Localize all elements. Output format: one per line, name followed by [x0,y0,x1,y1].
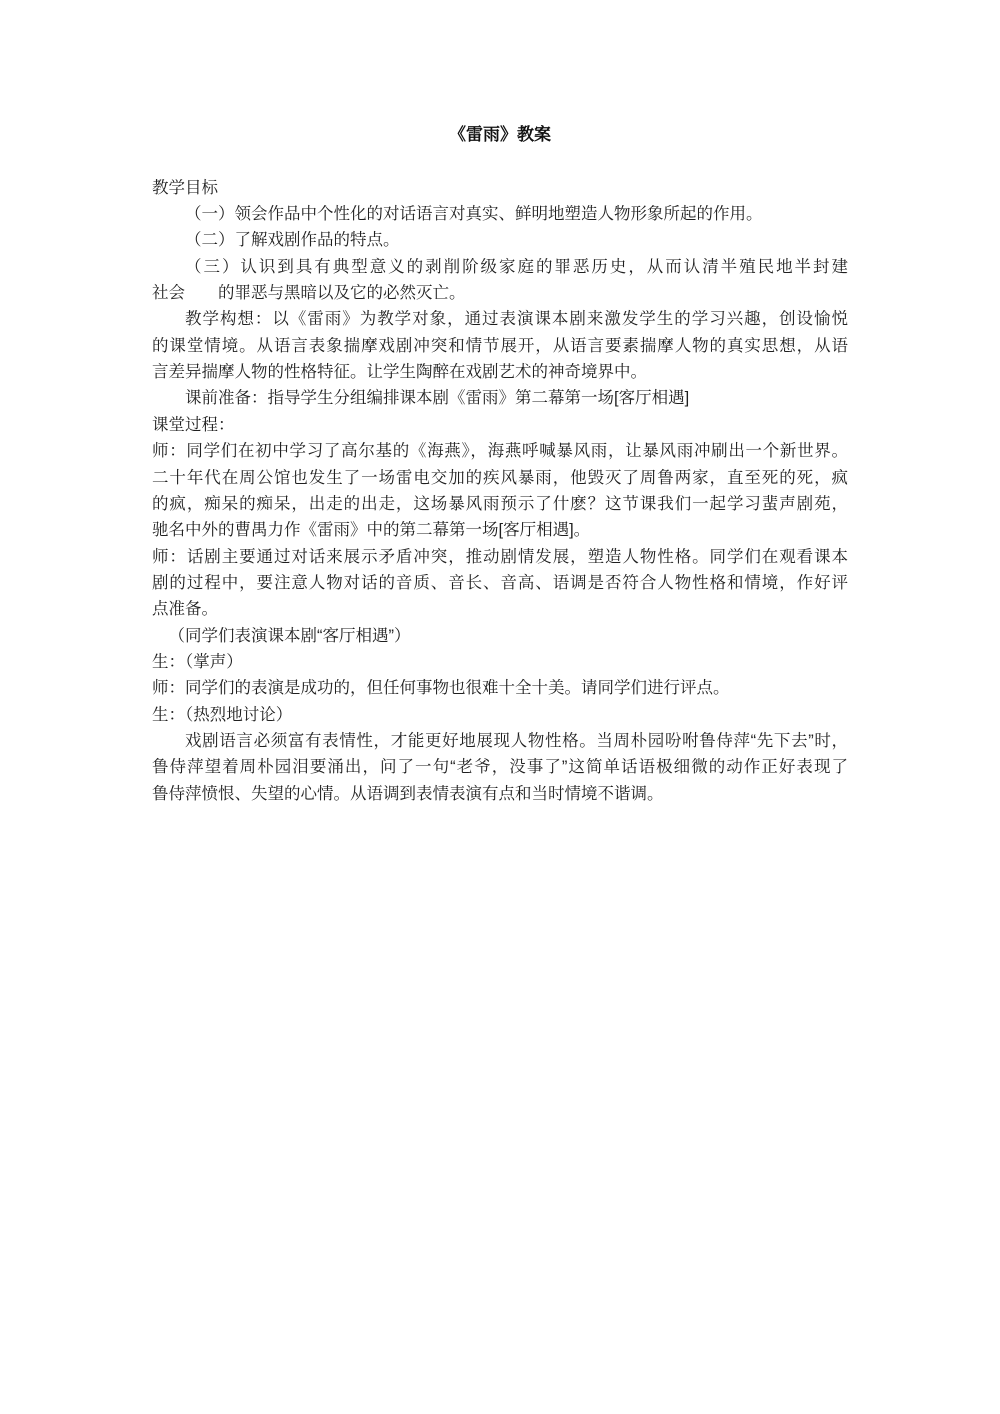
text-line: 的课堂情境。从语言表象揣摩戏剧冲突和情节展开，从语言要素揣摩人物的真实思想，从语 [152,333,848,359]
text-line: 驰名中外的曹禺力作《雷雨》中的第二幕第一场[客厅相遇]。 [152,517,848,543]
text-line: 剧的过程中，要注意人物对话的音质、音长、音高、语调是否符合人物性格和情境，作好评 [152,570,848,596]
text-line: 点准备。 [152,596,848,622]
text-line: 教学目标 [152,175,848,201]
text-line: 鲁侍萍望着周朴园泪要涌出，问了一句“老爷，没事了”这简单话语极细微的动作正好表现… [152,754,848,780]
text-line: 二十年代在周公馆也发生了一场雷电交加的疾风暴雨，他毁灭了周鲁两家，直至死的死，疯 [152,465,848,491]
text-line: （同学们表演课本剧“客厅相遇”） [152,623,848,649]
text-line: （二）了解戏剧作品的特点。 [152,227,848,253]
text-line: 教学构想：以《雷雨》为教学对象，通过表演课本剧来激发学生的学习兴趣，创设愉悦 [152,306,848,332]
text-line: 的疯，痴呆的痴呆，出走的出走，这场暴风雨预示了什麽？这节课我们一起学习蜚声剧苑， [152,491,848,517]
document-body: 教学目标（一）领会作品中个性化的对话语言对真实、鲜明地塑造人物形象所起的作用。（… [152,175,848,807]
text-line: 言差异揣摩人物的性格特征。让学生陶醉在戏剧艺术的神奇境界中。 [152,359,848,385]
document-page: 《雷雨》教案 教学目标（一）领会作品中个性化的对话语言对真实、鲜明地塑造人物形象… [0,0,1000,1414]
text-line: 鲁侍萍愤恨、失望的心情。从语调到表情表演有点和当时情境不谐调。 [152,781,848,807]
text-line: 戏剧语言必须富有表情性，才能更好地展现人物性格。当周朴园吩咐鲁侍萍“先下去”时， [152,728,848,754]
text-line: 课前准备：指导学生分组编排课本剧《雷雨》第二幕第一场[客厅相遇] [152,385,848,411]
text-line: 师：同学们在初中学习了高尔基的《海燕》，海燕呼喊暴风雨，让暴风雨冲刷出一个新世界… [152,438,848,464]
document-title: 《雷雨》教案 [152,122,848,148]
text-line: 师：同学们的表演是成功的，但任何事物也很难十全十美。请同学们进行评点。 [152,675,848,701]
text-line: 课堂过程： [152,412,848,438]
document-content: 《雷雨》教案 教学目标（一）领会作品中个性化的对话语言对真实、鲜明地塑造人物形象… [152,122,848,807]
text-line: 师：话剧主要通过对话来展示矛盾冲突，推动剧情发展，塑造人物性格。同学们在观看课本 [152,544,848,570]
text-line: 生：（热烈地讨论） [152,702,848,728]
text-line: 社会 的罪恶与黑暗以及它的必然灭亡。 [152,280,848,306]
text-line: （三）认识到具有典型意义的剥削阶级家庭的罪恶历史，从而认清半殖民地半封建 [152,254,848,280]
text-line: （一）领会作品中个性化的对话语言对真实、鲜明地塑造人物形象所起的作用。 [152,201,848,227]
text-line: 生：（掌声） [152,649,848,675]
